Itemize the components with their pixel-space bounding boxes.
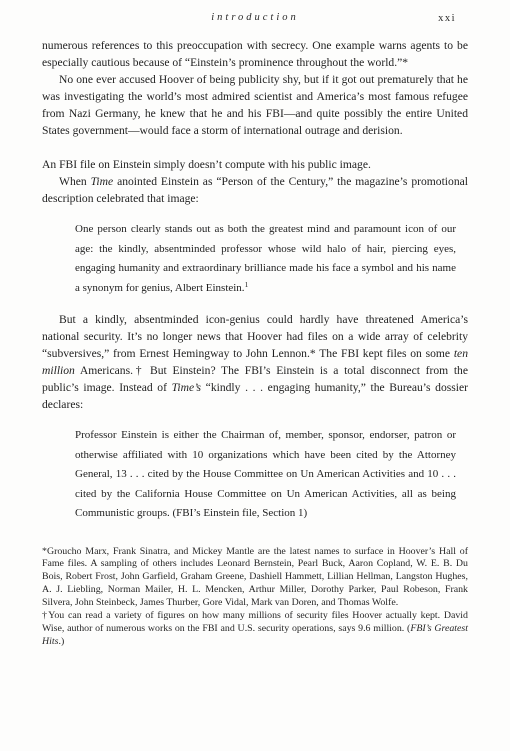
page-number: xxi [438, 13, 456, 24]
text-run: †You can read a variety of figures on ho… [42, 610, 468, 634]
paragraph-fbi-file: An FBI file on Einstein simply doesn’t c… [42, 156, 468, 173]
paragraph-icon-genius: But a kindly, absentminded icon-genius c… [42, 311, 468, 413]
text-run: .) [58, 636, 64, 647]
footnotes: *Groucho Marx, Frank Sinatra, and Mickey… [42, 546, 468, 649]
paragraph-time-anointed: When Time anointed Einstein as “Person o… [42, 173, 468, 207]
text-run-italic: Time’s [172, 381, 201, 394]
book-page: introduction xxi numerous references to … [0, 0, 510, 751]
page-body: numerous references to this preoccupatio… [42, 37, 468, 524]
text-run: But a kindly, absentminded icon-genius c… [42, 313, 468, 360]
footnote-dagger: †You can read a variety of figures on ho… [42, 610, 468, 649]
text-run: When [59, 175, 91, 188]
footnote-asterisk: *Groucho Marx, Frank Sinatra, and Mickey… [42, 546, 468, 611]
paragraph-continuation: numerous references to this preoccupatio… [42, 37, 468, 71]
page-header: introduction xxi [42, 12, 468, 28]
block-quote-time-description: One person clearly stands out as both th… [75, 220, 456, 298]
block-quote-fbi-dossier: Professor Einstein is either the Chairma… [75, 426, 456, 524]
text-run-italic: Time [91, 175, 114, 188]
endnote-marker: 1 [245, 280, 249, 289]
paragraph-hoover-publicity: No one ever accused Hoover of being publ… [42, 71, 468, 139]
quote-text: One person clearly stands out as both th… [75, 223, 456, 294]
running-head-title: introduction [211, 12, 299, 23]
